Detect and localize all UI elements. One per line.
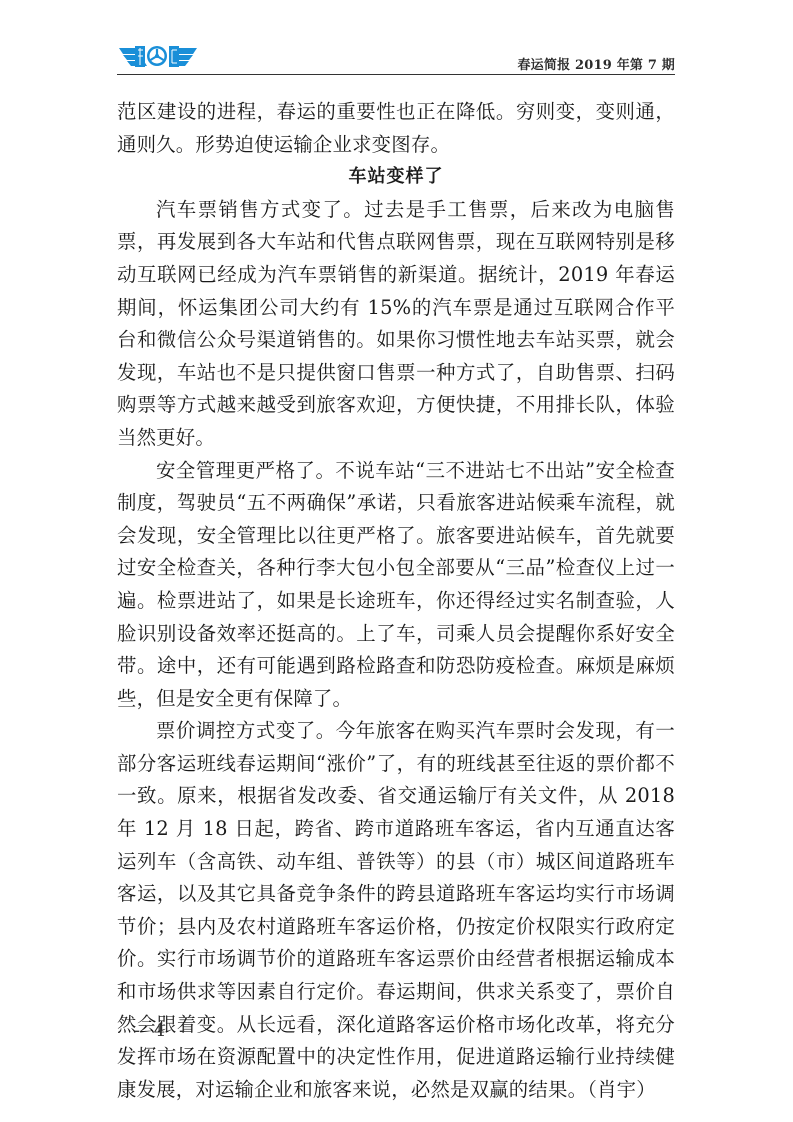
header-divider	[117, 74, 675, 75]
newsletter-title: 春运简报 2019 年第 7 期	[517, 54, 675, 73]
page-header: 春运简报 2019 年第 7 期	[117, 40, 675, 74]
section-heading: 车站变样了	[117, 161, 675, 194]
paragraph-fare-regulation: 票价调控方式变了。今年旅客在购买汽车票时会发现，有一部分客运班线春运期间“涨价”…	[117, 715, 675, 1106]
intro-paragraph: 范区建设的进程，春运的重要性也正在降低。穷则变，变则通，通则久。形势迫使运输企业…	[117, 96, 675, 161]
paragraph-ticket-sales: 汽车票销售方式变了。过去是手工售票，后来改为电脑售票，再发展到各大车站和代售点联…	[117, 194, 675, 455]
paragraph-safety-management: 安全管理更严格了。不说车站“三不进站七不出站”安全检查制度，驾驶员“五不两确保”…	[117, 455, 675, 716]
page-number: - 4 -	[134, 1020, 189, 1041]
wings-steering-wheel-logo-icon	[117, 40, 199, 72]
article-body: 范区建设的进程，春运的重要性也正在降低。穷则变，变则通，通则久。形势迫使运输企业…	[117, 96, 675, 1106]
